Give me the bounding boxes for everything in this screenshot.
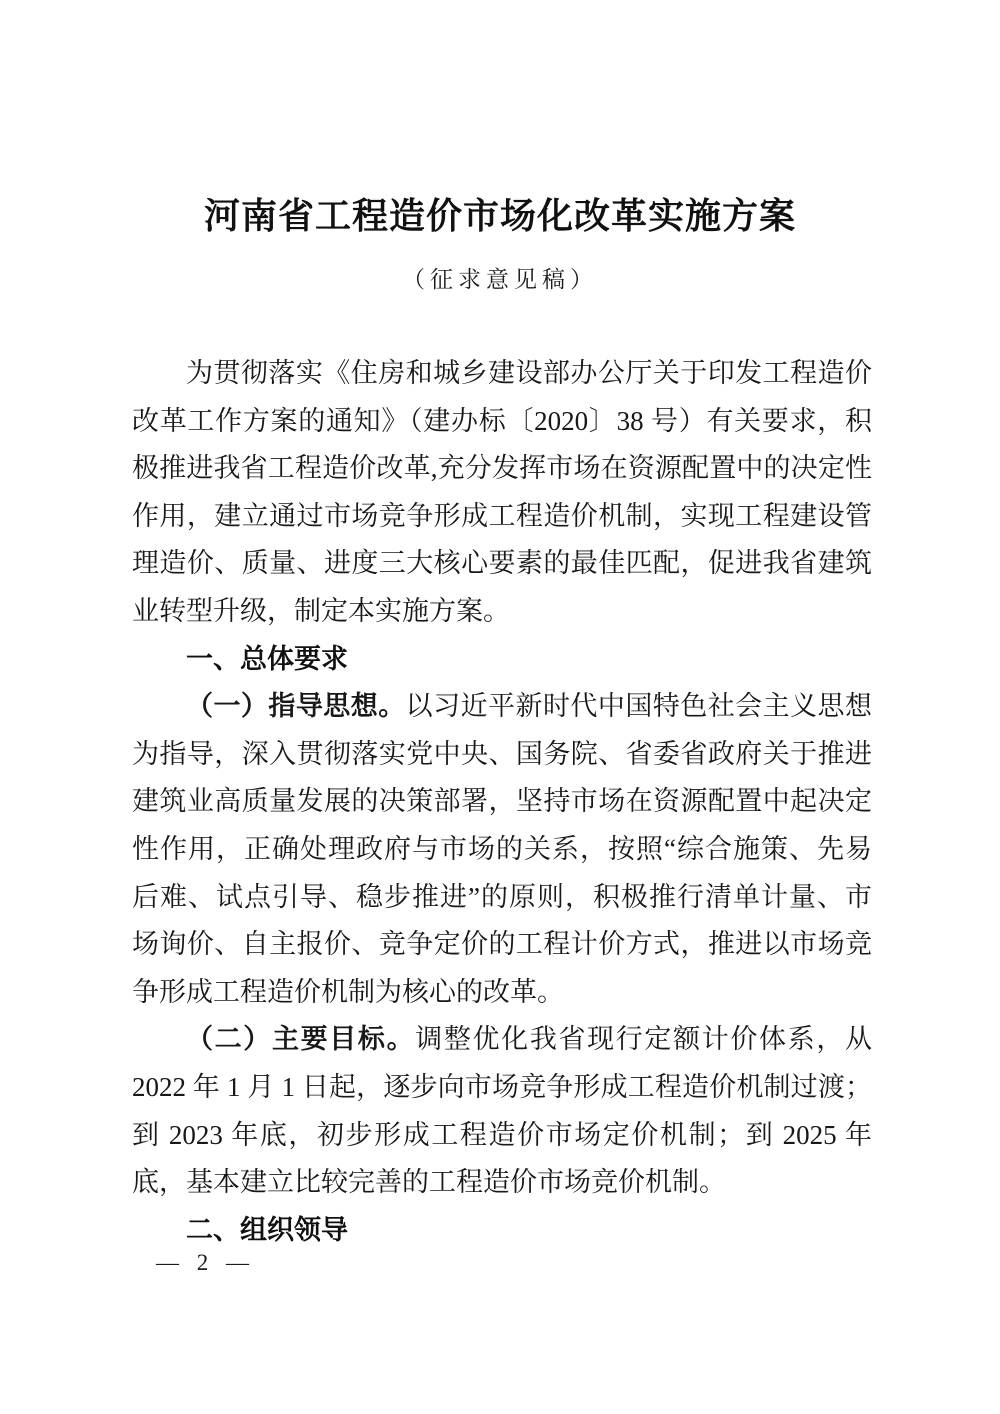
document-body: 为贯彻落实《住房和城乡建设部办公厅关于印发工程造价改革工作方案的通知》（建办标〔… (132, 350, 872, 1254)
page-subtitle: （征求意见稿） (0, 261, 1000, 294)
section-heading-2: 二、组织领导 (132, 1207, 872, 1255)
page-number: — 2 — (156, 1250, 255, 1276)
paragraph-main-goals: （二）主要目标。调整优化我省现行定额计价体系，从 2022 年 1 月 1 日起… (132, 1016, 872, 1206)
intro-paragraph: 为贯彻落实《住房和城乡建设部办公厅关于印发工程造价改革工作方案的通知》（建办标〔… (132, 350, 872, 636)
paragraph-guiding-ideology: （一）指导思想。以习近平新时代中国特色社会主义思想为指导，深入贯彻落实党中央、国… (132, 683, 872, 1016)
paragraph-guiding-ideology-lead: （一）指导思想。 (186, 691, 406, 721)
section-heading-1: 一、总体要求 (132, 636, 872, 684)
paragraph-guiding-ideology-text: 以习近平新时代中国特色社会主义思想为指导，深入贯彻落实党中央、国务院、省委省政府… (132, 691, 872, 1007)
intro-paragraph-text: 为贯彻落实《住房和城乡建设部办公厅关于印发工程造价改革工作方案的通知》（建办标〔… (132, 358, 872, 626)
page-title: 河南省工程造价市场化改革实施方案 (0, 0, 1000, 239)
document-page: 河南省工程造价市场化改革实施方案 （征求意见稿） 为贯彻落实《住房和城乡建设部办… (0, 0, 1000, 1414)
paragraph-main-goals-lead: （二）主要目标。 (186, 1024, 415, 1054)
